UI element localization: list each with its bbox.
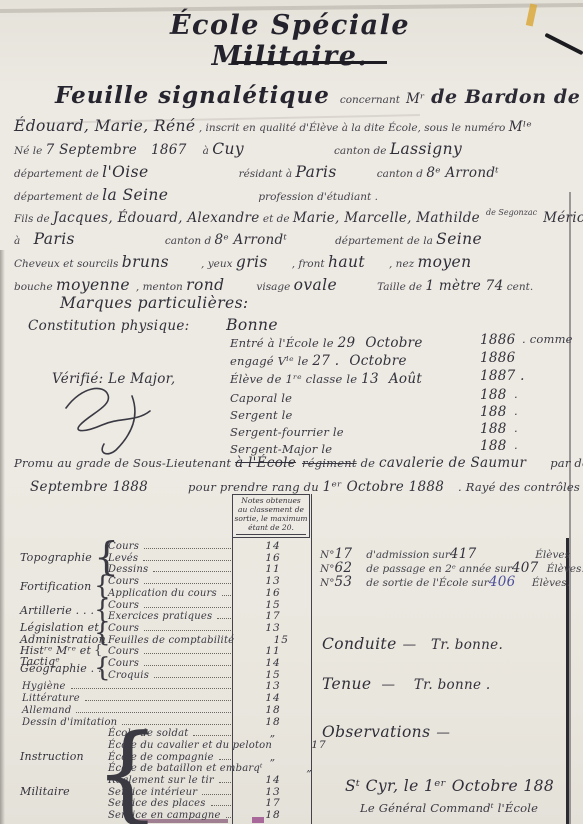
text-segment: la Seine <box>102 186 168 204</box>
text-segment: cent. <box>503 281 533 293</box>
text-segment: , nez <box>389 258 418 270</box>
score-value: 18 <box>236 809 310 821</box>
identity-line-3: département de l'Oiserésidant à Pariscan… <box>14 162 499 181</box>
text-segment: 53 <box>334 574 352 590</box>
text-segment: 188 <box>480 404 507 420</box>
subject-group-label: Législation etAdministration <box>20 622 102 645</box>
text-segment <box>85 692 231 701</box>
score-value: 14 <box>236 774 310 786</box>
text-segment: 1867 <box>151 142 187 158</box>
text-segment: , yeux <box>201 258 236 270</box>
text-segment: engagé Vˡᵉ le <box>230 354 312 368</box>
text-segment: d'étudiant . <box>317 191 378 203</box>
header-line: au classement de <box>233 505 309 514</box>
text-segment: Observations <box>322 723 430 741</box>
score-row: Littérature14 <box>20 692 310 704</box>
text-segment: Septembre 1888 <box>30 479 148 495</box>
corner-ink-mark <box>544 33 583 56</box>
yellow-pencil-mark <box>526 4 537 27</box>
text-segment: , inscrit en qualité d'Élève à la dite É… <box>195 122 508 134</box>
text-segment: département de <box>14 168 102 180</box>
text-segment <box>217 610 231 619</box>
score-value: 13 <box>236 575 310 587</box>
text-segment: . <box>514 421 518 435</box>
entry-line-4: Caporal le188. <box>230 387 562 404</box>
text-segment: — <box>403 637 421 653</box>
text-segment: 1 mètre 74 <box>425 278 503 294</box>
document-scan: École Spéciale Militaire. Feuille signal… <box>0 0 583 824</box>
text-segment: canton de <box>334 145 390 157</box>
score-column-header: Notes obtenues au classement de sortie, … <box>232 494 310 538</box>
text-segment <box>153 563 231 572</box>
text-segment: 8ᵉ Arrondᵗ <box>426 165 499 181</box>
scores-table: Notes obtenues au classement de sortie, … <box>20 494 320 824</box>
major-signature <box>58 380 193 458</box>
text-segment: rond <box>186 276 224 294</box>
text-segment <box>154 669 231 678</box>
text-segment: 13 <box>361 371 379 387</box>
text-segment: Élèves. <box>532 577 570 589</box>
text-segment <box>144 622 231 631</box>
text-segment <box>144 657 231 666</box>
identity-line-4: département de la Seineprofession d'étud… <box>14 185 378 204</box>
text-segment: 1ᵉʳ Octobre 1888 <box>323 479 445 495</box>
subject-group-label: Topographie <box>20 540 102 575</box>
group-brace: { <box>94 622 111 645</box>
text-segment: Conduite <box>322 635 397 653</box>
text-segment: profession <box>258 191 317 203</box>
score-subject: Allemand <box>22 705 71 716</box>
entry-line-5: Sergent le188. <box>230 404 562 421</box>
text-segment: Administration <box>20 634 102 645</box>
text-segment: . <box>514 387 518 401</box>
text-segment: et de <box>260 213 293 225</box>
text-segment: N° <box>320 577 334 589</box>
text-segment <box>144 645 231 654</box>
score-subject: Exercices pratiques <box>108 611 212 622</box>
text-segment: Né le <box>14 145 46 157</box>
text-segment: 1886 <box>480 350 516 366</box>
subject-group-label: Artillerie . . . <box>20 599 102 622</box>
text-segment: Législation et <box>20 622 102 633</box>
score-subject: Cours <box>108 658 139 669</box>
text-segment: de Segonzac <box>486 208 537 217</box>
text-segment: Tenue <box>322 675 371 693</box>
text-segment <box>219 774 231 783</box>
text-segment: Tr. bonne . <box>414 677 491 693</box>
score-subject: Littérature <box>22 693 80 704</box>
text-segment: — <box>381 677 399 693</box>
text-segment: moyen <box>418 253 472 271</box>
text-segment: Méricaule <box>543 210 583 226</box>
text-segment: à l'École <box>235 455 296 471</box>
text-segment: Sᵗ Cyr, le 1ᵉʳ Octobre 188 <box>345 777 554 795</box>
text-segment: ovale <box>294 276 337 294</box>
text-segment: cavalerie de Saumur <box>379 455 526 471</box>
subtitle-honorific: Mʳ <box>406 91 425 107</box>
text-segment: Paris <box>295 163 336 181</box>
text-segment: bruns <box>122 253 169 271</box>
text-segment: Octobre <box>365 335 422 351</box>
text-segment: 1887 . <box>480 368 525 384</box>
subtitle-concernant: concernant <box>340 94 400 106</box>
text-segment: Élève de 1ʳᵉ classe le <box>230 372 361 386</box>
text-segment: Mˡᵉ <box>509 119 532 135</box>
subject-group-label: Histʳᵉ Mʳᵉ et Tactiqᵉ <box>20 645 102 657</box>
text-segment: , menton <box>136 281 186 293</box>
text-segment <box>144 575 231 584</box>
text-segment: 29 <box>338 335 356 351</box>
closing-date-line: Sᵗ Cyr, le 1ᵉʳ Octobre 188 <box>345 776 554 795</box>
entry-line-6: Sergent-fourrier le188. <box>230 421 562 438</box>
text-segment: . <box>514 438 518 452</box>
text-segment: régiment <box>302 456 357 470</box>
score-value: 15 <box>236 669 310 681</box>
text-segment: à <box>203 145 213 157</box>
text-segment: 406 <box>489 574 516 590</box>
header-line: sortie, le maximum <box>233 514 309 523</box>
text-segment: Taille de <box>377 281 425 293</box>
header-line: Notes obtenues <box>233 496 309 505</box>
text-segment: Entré à l'École le <box>230 336 338 350</box>
score-subject: Hygiène <box>22 681 66 692</box>
score-row: Allemand18 <box>20 704 310 716</box>
text-segment: 8ᵉ Arrondᵗ <box>215 232 288 248</box>
score-value: 13 <box>236 622 310 634</box>
text-segment: à <box>14 235 24 247</box>
score-subject: Cours <box>108 623 139 634</box>
score-value: 18 <box>236 716 310 728</box>
score-value: 17 <box>236 797 310 809</box>
text-segment: 188 <box>480 387 507 403</box>
score-value: 15 <box>236 599 310 611</box>
rank-sortie: N° 53de sortie de l'École sur 406Élèves. <box>320 574 570 590</box>
text-segment <box>222 587 231 596</box>
promotion-line-2: Septembre 1888pour prendre rang du 1ᵉʳ O… <box>30 476 583 495</box>
text-segment: gris <box>236 253 268 271</box>
text-segment: Sergent-fourrier le <box>230 425 344 439</box>
text-segment: bouche <box>14 281 56 293</box>
subject-group-label: Géographie . . <box>20 657 102 680</box>
text-segment: Fortification <box>20 581 102 592</box>
text-segment: haut <box>328 253 365 271</box>
score-value: 14 <box>236 657 310 669</box>
text-segment: moyenne <box>56 276 130 294</box>
text-segment: pour prendre rang du <box>188 480 323 494</box>
score-value: „ <box>273 762 347 774</box>
text-segment <box>226 809 231 818</box>
text-segment: Le Général Commandᵗ l'École <box>360 801 538 815</box>
text-segment: Géographie . . <box>20 663 102 674</box>
score-value: „ <box>236 727 310 739</box>
text-segment: de <box>357 456 379 470</box>
text-segment: Marie, Marcelle, Mathilde <box>293 210 480 226</box>
identity-line-1: Édouard, Marie, Réné , inscrit en qualit… <box>14 116 532 135</box>
text-segment: par décret du <box>550 456 583 470</box>
scan-edge-left <box>0 250 5 824</box>
score-subject: Croquis <box>108 670 149 681</box>
conduite-line: Conduite— Tr. bonne. <box>322 634 503 653</box>
text-segment <box>143 552 231 561</box>
score-subject: Feuilles de comptabilité <box>108 635 234 646</box>
promotion-line-1: Promu au grade de Sous-Lieutenant à l'Éc… <box>14 452 583 471</box>
score-value: 16 <box>236 552 310 564</box>
marques-line: Marques particulières: <box>60 293 249 312</box>
group-brace: { <box>94 727 161 821</box>
text-segment: de sortie de l'École sur <box>366 577 489 589</box>
score-value: 15 <box>244 634 318 646</box>
text-segment: l'Oise <box>102 163 148 181</box>
text-segment: département de la <box>335 235 436 247</box>
subject-group-label: InstructionMilitaire <box>20 727 102 821</box>
text-segment: Artillerie . . . <box>20 605 102 616</box>
subject-name: de Bardon de Segonzac <box>431 86 583 108</box>
identity-line-5: Fils de Jacques, Édouard, Alexandre et d… <box>14 207 583 226</box>
text-segment: 27 . <box>312 353 339 369</box>
text-segment <box>219 751 231 760</box>
header-line: étant de 20. <box>233 523 309 532</box>
text-segment: Lassigny <box>390 140 462 158</box>
scan-edge-right <box>569 192 571 824</box>
text-segment: Édouard, Marie, Réné <box>14 117 195 135</box>
score-row: Hygiène13 <box>20 680 310 692</box>
score-subject: Cours <box>108 646 139 657</box>
title-divider <box>232 61 387 64</box>
score-value: „ <box>236 751 310 763</box>
text-segment: Août <box>389 371 422 387</box>
identity-line-8: bouche moyenne, menton rondvisage ovaleT… <box>14 275 533 294</box>
text-segment: Promu au grade de Sous-Lieutenant <box>14 456 235 470</box>
identity-line-2: Né le 7 Septembre1867à Cuycanton de Lass… <box>14 139 462 158</box>
score-value: 13 <box>236 680 310 692</box>
subject-group-label: Fortification <box>20 575 102 598</box>
entry-line-1: Entré à l'École le 29Octobre1886. comme <box>230 332 562 349</box>
tenue-line: Tenue— Tr. bonne . <box>322 674 490 693</box>
subtitle: Feuille signalétique concernant Mʳ de Ba… <box>55 82 583 109</box>
text-segment <box>144 540 231 549</box>
text-segment <box>144 599 231 608</box>
text-segment: . Rayé des contrôles de l'École le même … <box>454 480 583 494</box>
text-segment <box>193 727 231 736</box>
identity-line-6: à Pariscanton d 8ᵉ Arrondᵗdépartement de… <box>14 229 482 248</box>
score-row: Dessin d'imitation18 <box>20 716 310 728</box>
observations-line: Observations— <box>322 722 450 741</box>
text-segment: 7 Septembre <box>46 142 137 158</box>
text-segment: visage <box>256 281 293 293</box>
score-value: 13 <box>236 786 310 798</box>
group-brace: { <box>94 540 119 575</box>
text-segment: — <box>436 725 450 741</box>
identity-line-7: Cheveux et sourcils bruns, yeux gris, fr… <box>14 252 471 271</box>
text-segment: Militaire <box>20 786 102 797</box>
text-segment <box>211 797 231 806</box>
text-segment: Cuy <box>212 140 244 158</box>
text-segment: Marques particulières: <box>60 294 249 312</box>
group-brace: { <box>94 657 111 680</box>
text-segment: Constitution physique: <box>28 318 194 334</box>
text-segment: . <box>514 404 518 418</box>
text-segment: Fils de <box>14 213 53 225</box>
text-segment: Tr. bonne. <box>431 637 503 653</box>
text-segment: résidant à <box>239 168 296 180</box>
text-segment: Paris <box>34 230 75 248</box>
score-value: 14 <box>236 540 310 552</box>
score-value: 17 <box>236 610 310 622</box>
text-segment <box>202 786 231 795</box>
score-subject: Application du cours <box>108 588 217 599</box>
text-segment: Instruction <box>20 751 102 762</box>
text-segment: Octobre <box>349 353 406 369</box>
text-segment: Jacques, Édouard, Alexandre <box>53 210 260 226</box>
score-value: 18 <box>236 704 310 716</box>
score-value: 11 <box>236 563 310 575</box>
text-segment: 188 <box>480 421 507 437</box>
score-value: 14 <box>236 692 310 704</box>
entry-line-2: engagé Vˡᵉ le 27 .Octobre1886 <box>230 350 562 367</box>
text-segment: Seine <box>436 230 482 248</box>
text-segment: canton d <box>165 235 215 247</box>
text-segment: canton d <box>377 168 427 180</box>
score-value: 16 <box>236 587 310 599</box>
text-segment: Sergent le <box>230 408 293 422</box>
score-value: 11 <box>236 645 310 657</box>
text-segment: . comme <box>522 332 573 346</box>
text-segment: Cheveux et sourcils <box>14 258 122 270</box>
text-segment: 1886 <box>480 332 516 348</box>
text-segment: Caporal le <box>230 391 292 405</box>
subtitle-script: Feuille signalétique <box>55 82 330 109</box>
entry-line-3: Élève de 1ʳᵉ classe le 13Août1887 . <box>230 368 562 385</box>
closing-signature-line: Le Général Commandᵗ l'École <box>360 797 538 816</box>
text-segment: Topographie <box>20 552 102 563</box>
text-segment: département de <box>14 191 102 203</box>
text-segment: , front <box>292 258 328 270</box>
score-subject: Cours <box>108 600 139 611</box>
